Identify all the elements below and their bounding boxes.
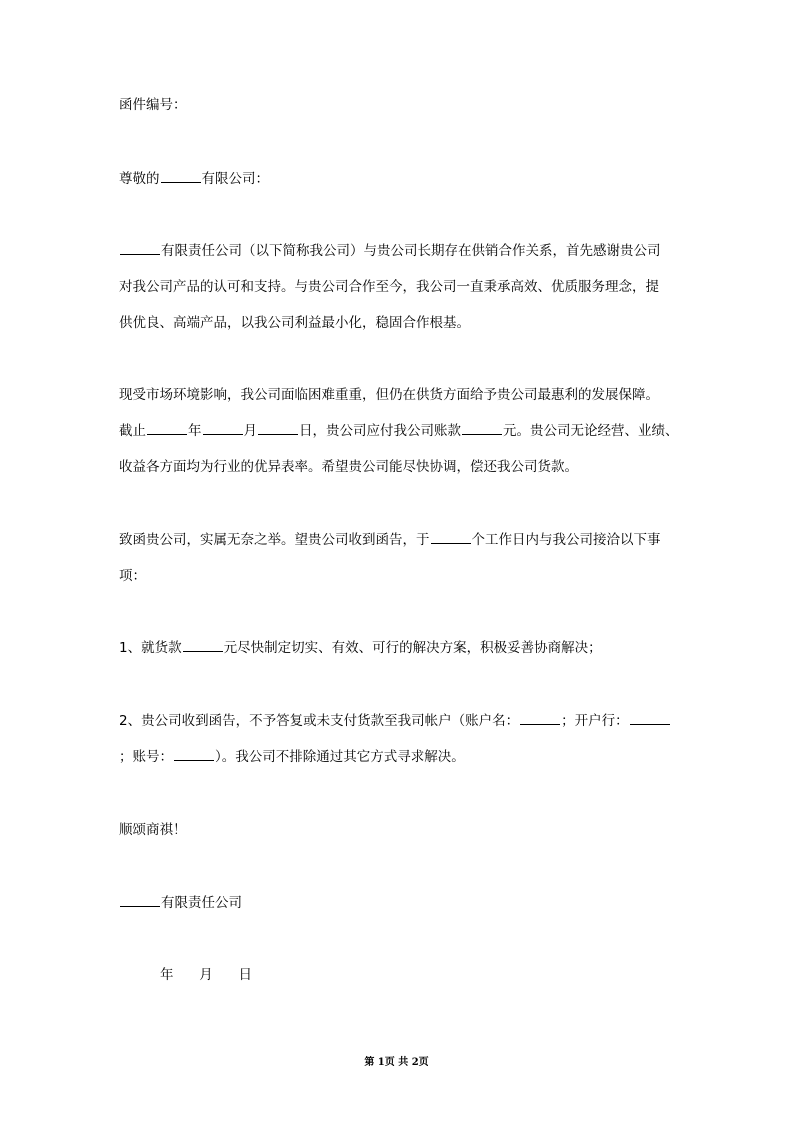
item-text: ；开户行： <box>561 713 629 729</box>
page-footer: 第 1页 共 2页 <box>0 1053 793 1068</box>
item-2-line1: 2、贵公司收到函告，不予答复或未支付货款至我司帐户（账户名：；开户行： <box>119 712 671 730</box>
letter-number-label: 函件编号： <box>119 96 187 114</box>
paragraph1-line1: 有限责任公司（以下简称我公司）与贵公司长期存在供销合作关系，首先感谢贵公司 <box>119 242 661 260</box>
blank-field <box>120 894 160 907</box>
date-line: 年 月 日 <box>160 966 252 984</box>
paragraph2-line2: 截止年月日，贵公司应付我公司账款元。贵公司无论经营、业绩、 <box>119 422 679 440</box>
paragraph2-line1: 现受市场环境影响，我公司面临困难重重，但仍在供货方面给予贵公司最惠利的发展保障。 <box>119 386 659 404</box>
blank-field <box>161 170 201 183</box>
paragraph-text: 个工作日内与我公司接洽以下事 <box>472 532 661 548</box>
paragraph2-line3: 收益各方面均为行业的优异表率。希望贵公司能尽快协调，偿还我公司货款。 <box>119 458 578 476</box>
paragraph3-line1: 致函贵公司，实属无奈之举。望贵公司收到函告，于个工作日内与我公司接洽以下事 <box>119 531 661 549</box>
salutation-suffix: 有限公司： <box>202 171 270 187</box>
item-text: 1、就货款 <box>119 640 182 656</box>
closing: 顺颂商祺！ <box>119 821 187 839</box>
blank-field <box>630 712 670 725</box>
paragraph-text: 月 <box>244 423 258 439</box>
blank-field <box>520 712 560 725</box>
blank-field <box>203 422 243 435</box>
salutation: 尊敬的有限公司： <box>119 170 269 188</box>
blank-field <box>258 422 298 435</box>
salutation-prefix: 尊敬的 <box>119 171 160 187</box>
item-text: ）。我公司不排除通过其它方式寻求解决。 <box>215 749 465 765</box>
blank-field <box>462 422 502 435</box>
paragraph-text: 元。贵公司无论经营、业绩、 <box>503 423 679 439</box>
date-month: 月 <box>199 967 213 983</box>
blank-field <box>147 422 187 435</box>
paragraph-text: 截止 <box>119 423 146 439</box>
blank-field <box>183 639 223 652</box>
paragraph1-line2: 对我公司产品的认可和支持。与贵公司合作至今，我公司一直秉承高效、优质服务理念，提 <box>119 278 659 296</box>
paragraph1-line3: 供优良、高端产品，以我公司利益最小化，稳固合作根基。 <box>119 314 470 332</box>
paragraph-text: 年 <box>188 423 202 439</box>
paragraph-text: 日，贵公司应付我公司账款 <box>299 423 461 439</box>
document-page: 函件编号： 尊敬的有限公司： 有限责任公司（以下简称我公司）与贵公司长期存在供销… <box>0 0 793 1122</box>
signature: 有限责任公司 <box>119 894 242 912</box>
paragraph3-line2: 项： <box>119 567 146 585</box>
item-text: ；账号： <box>119 749 173 765</box>
blank-field <box>431 531 471 544</box>
date-day: 日 <box>239 967 253 983</box>
blank-field <box>120 242 160 255</box>
paragraph-text: 致函贵公司，实属无奈之举。望贵公司收到函告，于 <box>119 532 430 548</box>
date-year: 年 <box>160 967 174 983</box>
item-text: 2、贵公司收到函告，不予答复或未支付货款至我司帐户（账户名： <box>119 713 519 729</box>
item-1: 1、就货款元尽快制定切实、有效、可行的解决方案，积极妥善协商解决； <box>119 639 602 657</box>
signature-text: 有限责任公司 <box>161 895 242 911</box>
blank-field <box>174 748 214 761</box>
item-text: 元尽快制定切实、有效、可行的解决方案，积极妥善协商解决； <box>224 640 602 656</box>
item-2-line2: ；账号：）。我公司不排除通过其它方式寻求解决。 <box>119 748 465 766</box>
paragraph-text: 有限责任公司（以下简称我公司）与贵公司长期存在供销合作关系，首先感谢贵公司 <box>161 243 661 259</box>
